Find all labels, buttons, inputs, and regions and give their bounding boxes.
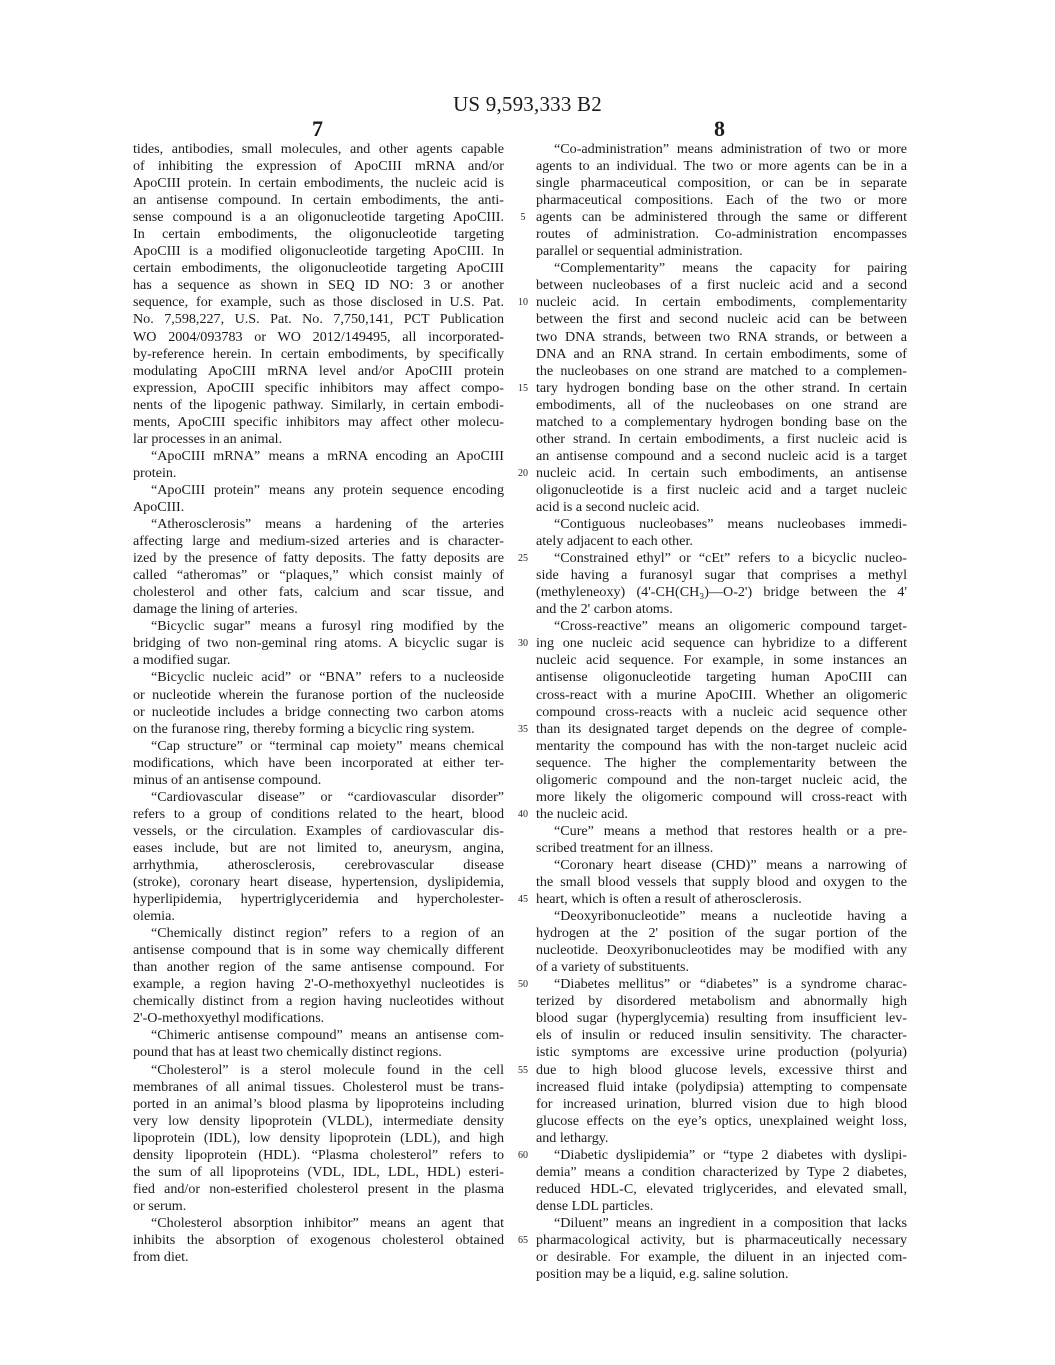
text-line: ments, ApoCIII specific inhibitors may a… <box>133 414 504 431</box>
text-line: heart, which is often a result of athero… <box>536 891 907 908</box>
text-line: (stroke), coronary heart disease, hypert… <box>133 874 504 891</box>
text-line: reduced HDL-C, elevated triglycerides, a… <box>536 1181 907 1198</box>
line-number: 55 <box>511 1065 535 1076</box>
line-number: 30 <box>511 638 535 649</box>
text-line: ApoCIII is a modified oligonucleotide ta… <box>133 243 504 260</box>
text-line: expression, ApoCIII specific inhibitors … <box>133 380 504 397</box>
text-line: “Chemically distinct region” refers to a… <box>133 925 504 942</box>
line-number: 5 <box>511 212 535 223</box>
text-line: minus of an antisense compound. <box>133 772 504 789</box>
text-line: very low density lipoprotein (VLDL), int… <box>133 1113 504 1130</box>
text-line: dense LDL particles. <box>536 1198 907 1215</box>
text-line: “Deoxyribonucleotide” means a nucleotide… <box>536 908 907 925</box>
text-line: bridging of two non-geminal ring atoms. … <box>133 635 504 652</box>
text-line: pharmaceutical compositions. Each of the… <box>536 192 907 209</box>
text-line: by-reference herein. In certain embodime… <box>133 346 504 363</box>
text-line: or serum. <box>133 1198 504 1215</box>
text-line: agents to an individual. The two or more… <box>536 158 907 175</box>
text-line: “Bicyclic nucleic acid” or “BNA” refers … <box>133 669 504 686</box>
text-line: “Atherosclerosis” means a hardening of t… <box>133 516 504 533</box>
text-line: “Complementarity” means the capacity for… <box>536 260 907 277</box>
text-line: matched to a complementary hydrogen bond… <box>536 414 907 431</box>
line-number: 50 <box>511 979 535 990</box>
text-line: agents can be administered through the s… <box>536 209 907 226</box>
text-line: of a variety of substituents. <box>536 959 907 976</box>
text-line: nents of the lipogenic pathway. Similarl… <box>133 397 504 414</box>
text-line: “Cure” means a method that restores heal… <box>536 823 907 840</box>
text-line: nucleic acid. In certain embodiments, co… <box>536 294 907 311</box>
text-line: or nucleotide wherein the furanose porti… <box>133 687 504 704</box>
line-number: 40 <box>511 809 535 820</box>
text-line: called “atheromas” or “plaques,” which c… <box>133 567 504 584</box>
text-line: an antisense compound and a second nucle… <box>536 448 907 465</box>
text-line: (methyleneoxy) (4'-CH(CH₃)—O-2') bridge … <box>536 584 907 601</box>
text-line: pound that has at least two chemically d… <box>133 1044 504 1061</box>
text-line: ApoCIII protein. In certain embodiments,… <box>133 175 504 192</box>
text-line: arrhythmia, atherosclerosis, cerebrovasc… <box>133 857 504 874</box>
text-line: position may be a liquid, e.g. saline so… <box>536 1266 907 1283</box>
line-number: 65 <box>511 1235 535 1246</box>
text-line: cholesterol and other fats, calcium and … <box>133 584 504 601</box>
text-line: single pharmaceutical composition, or ca… <box>536 175 907 192</box>
text-line: “Coronary heart disease (CHD)” means a n… <box>536 857 907 874</box>
text-line: No. 7,598,227, U.S. Pat. No. 7,750,141, … <box>133 311 504 328</box>
text-line: or desirable. For example, the diluent i… <box>536 1249 907 1266</box>
text-line: ing one nucleic acid sequence can hybrid… <box>536 635 907 652</box>
text-line: “Contiguous nucleobases” means nucleobas… <box>536 516 907 533</box>
left-column-number: 7 <box>312 116 323 142</box>
text-line: “Cholesterol absorption inhibitor” means… <box>133 1215 504 1232</box>
line-number: 10 <box>511 297 535 308</box>
text-line: for increased urination, blurred vision … <box>536 1096 907 1113</box>
text-line: ApoCIII. <box>133 499 504 516</box>
text-line: “Cholesterol” is a sterol molecule found… <box>133 1062 504 1079</box>
line-number: 15 <box>511 383 535 394</box>
text-line: chemically distinct from a region having… <box>133 993 504 1010</box>
text-line: certain embodiments, the oligonucleotide… <box>133 260 504 277</box>
text-line: WO 2004/093783 or WO 2012/149495, all in… <box>133 329 504 346</box>
text-line: In certain embodiments, the oligonucleot… <box>133 226 504 243</box>
patent-number-header: US 9,593,333 B2 <box>0 92 1055 117</box>
text-line: lipoprotein (IDL), low density lipoprote… <box>133 1130 504 1147</box>
text-line: more likely the oligomeric compound will… <box>536 789 907 806</box>
text-line: hydrogen at the 2' position of the sugar… <box>536 925 907 942</box>
text-line: compound cross-reacts with a nucleic aci… <box>536 704 907 721</box>
text-line: blood sugar (hyperglycemia) resulting fr… <box>536 1010 907 1027</box>
text-line: antisense oligonucleotide targeting huma… <box>536 669 907 686</box>
text-line: due to high blood glucose levels, excess… <box>536 1062 907 1079</box>
line-number: 45 <box>511 894 535 905</box>
text-line: 2'-O-methoxyethyl modifications. <box>133 1010 504 1027</box>
text-line: “Chimeric antisense compound” means an a… <box>133 1027 504 1044</box>
text-line: between nucleobases of a first nucleic a… <box>536 277 907 294</box>
text-line: protein. <box>133 465 504 482</box>
text-line: vessels, or the circulation. Examples of… <box>133 823 504 840</box>
text-line: hyperlipidemia, hypertriglyceridemia and… <box>133 891 504 908</box>
text-line: fied and/or non-esterified cholesterol p… <box>133 1181 504 1198</box>
text-line: a modified sugar. <box>133 652 504 669</box>
text-line: oligomeric compound and the non-target n… <box>536 772 907 789</box>
text-line: modifications, which have been incorpora… <box>133 755 504 772</box>
line-number: 60 <box>511 1150 535 1161</box>
text-line: the nucleic acid. <box>536 806 907 823</box>
text-line: oligonucleotide is a first nucleic acid … <box>536 482 907 499</box>
text-line: glucose effects on the eye’s optics, une… <box>536 1113 907 1130</box>
right-column-number: 8 <box>714 116 725 142</box>
text-line: routes of administration. Co-administrat… <box>536 226 907 243</box>
text-line: terized by disordered metabolism and abn… <box>536 993 907 1010</box>
text-line: from diet. <box>133 1249 504 1266</box>
text-line: and lethargy. <box>536 1130 907 1147</box>
text-line: DNA and an RNA strand. In certain embodi… <box>536 346 907 363</box>
text-line: the nucleobases on one strand are matche… <box>536 363 907 380</box>
text-line: refers to a group of conditions related … <box>133 806 504 823</box>
line-number: 25 <box>511 553 535 564</box>
text-line: cross-react with a murine ApoCIII. Wheth… <box>536 687 907 704</box>
text-line: and the 2' carbon atoms. <box>536 601 907 618</box>
text-line: sense compound is a an oligonucleotide t… <box>133 209 504 226</box>
text-line: than its designated target depends on th… <box>536 721 907 738</box>
text-line: “Cardiovascular disease” or “cardiovascu… <box>133 789 504 806</box>
text-line: embodiments, all of the nucleobases on o… <box>536 397 907 414</box>
text-line: the sum of all lipoproteins (VDL, IDL, L… <box>133 1164 504 1181</box>
text-line: density lipoprotein (HDL). “Plasma chole… <box>133 1147 504 1164</box>
text-line: inhibits the absorption of exogenous cho… <box>133 1232 504 1249</box>
text-line: has a sequence as shown in SEQ ID NO: 3 … <box>133 277 504 294</box>
text-line: nucleotide. Deoxyribonucleotides may be … <box>536 942 907 959</box>
text-line: between the first and second nucleic aci… <box>536 311 907 328</box>
text-line: “Cap structure” or “terminal cap moiety”… <box>133 738 504 755</box>
text-line: than another region of the same antisens… <box>133 959 504 976</box>
text-line: ately adjacent to each other. <box>536 533 907 550</box>
text-line: or nucleotide includes a bridge connecti… <box>133 704 504 721</box>
line-number: 35 <box>511 724 535 735</box>
text-line: “Diabetic dyslipidemia” or “type 2 diabe… <box>536 1147 907 1164</box>
text-line: nucleic acid. In certain such embodiment… <box>536 465 907 482</box>
text-line: “Constrained ethyl” or “cEt” refers to a… <box>536 550 907 567</box>
text-line: side having a furanosyl sugar that compr… <box>536 567 907 584</box>
text-line: istic symptoms are excessive urine produ… <box>536 1044 907 1061</box>
text-line: parallel or sequential administration. <box>536 243 907 260</box>
text-line: ported in an animal’s blood plasma by li… <box>133 1096 504 1113</box>
text-line: an antisense compound. In certain embodi… <box>133 192 504 209</box>
right-text-column: “Co-administration” means administration… <box>536 141 907 1283</box>
text-line: “Diabetes mellitus” or “diabetes” is a s… <box>536 976 907 993</box>
text-line: membranes of all animal tissues. Cholest… <box>133 1079 504 1096</box>
text-line: demia” means a condition characterized b… <box>536 1164 907 1181</box>
text-line: mentarity the compound has with the non-… <box>536 738 907 755</box>
text-line: on the furanose ring, thereby forming a … <box>133 721 504 738</box>
text-line: nucleic acid sequence. For example, in s… <box>536 652 907 669</box>
text-line: “ApoCIII protein” means any protein sequ… <box>133 482 504 499</box>
text-line: antisense compound that is in some way c… <box>133 942 504 959</box>
text-line: sequence. The higher the complementarity… <box>536 755 907 772</box>
text-line: sequence, for example, such as those dis… <box>133 294 504 311</box>
text-line: scribed treatment for an illness. <box>536 840 907 857</box>
text-line: olemia. <box>133 908 504 925</box>
text-line: “Co-administration” means administration… <box>536 141 907 158</box>
text-line: pharmacological activity, but is pharmac… <box>536 1232 907 1249</box>
text-line: “Bicyclic sugar” means a furosyl ring mo… <box>133 618 504 635</box>
text-line: the small blood vessels that supply bloo… <box>536 874 907 891</box>
text-line: acid is a second nucleic acid. <box>536 499 907 516</box>
text-line: of inhibiting the expression of ApoCIII … <box>133 158 504 175</box>
text-line: affecting large and medium-sized arterie… <box>133 533 504 550</box>
line-number: 20 <box>511 468 535 479</box>
left-text-column: tides, antibodies, small molecules, and … <box>133 141 504 1266</box>
text-line: lar processes in an animal. <box>133 431 504 448</box>
text-line: tary hydrogen bonding base on the other … <box>536 380 907 397</box>
text-line: eases include, but are not limited to, a… <box>133 840 504 857</box>
text-line: “ApoCIII mRNA” means a mRNA encoding an … <box>133 448 504 465</box>
text-line: tides, antibodies, small molecules, and … <box>133 141 504 158</box>
text-line: modulating ApoCIII mRNA level and/or Apo… <box>133 363 504 380</box>
text-line: example, a region having 2'-O-methoxyeth… <box>133 976 504 993</box>
text-line: increased fluid intake (polydipsia) atte… <box>536 1079 907 1096</box>
text-line: ized by the presence of fatty deposits. … <box>133 550 504 567</box>
text-line: els of insulin or reduced insulin sensit… <box>536 1027 907 1044</box>
text-line: two DNA strands, between two RNA strands… <box>536 329 907 346</box>
text-line: other strand. In certain embodiments, a … <box>536 431 907 448</box>
text-line: damage the lining of arteries. <box>133 601 504 618</box>
text-line: “Cross-reactive” means an oligomeric com… <box>536 618 907 635</box>
text-line: “Diluent” means an ingredient in a compo… <box>536 1215 907 1232</box>
